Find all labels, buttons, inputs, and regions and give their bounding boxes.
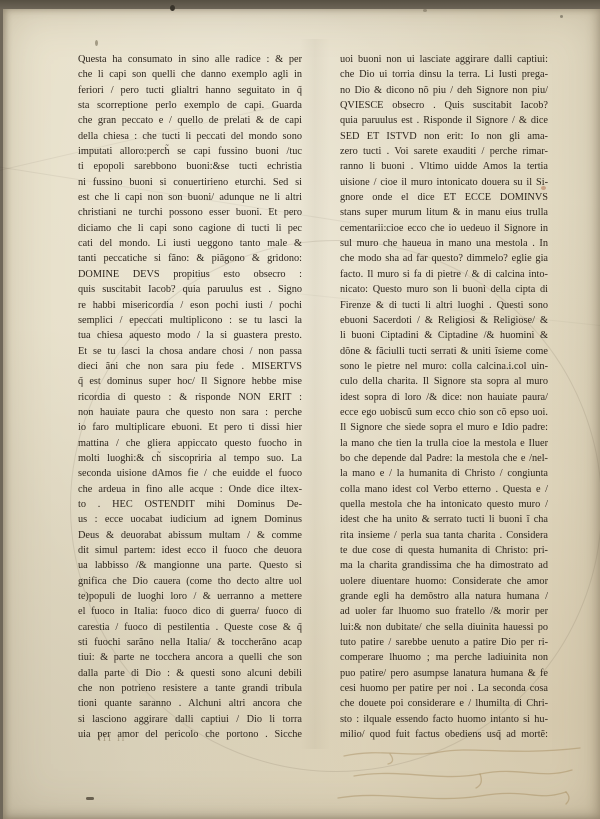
text-line: io faro multiplicare ebuoni. Et pero ti …: [78, 420, 302, 435]
text-line: uisione / cioe il muro intonicato douera…: [340, 175, 548, 190]
text-line: comperare lhuomo ; ma perche ladiuinita …: [340, 650, 548, 665]
text-line: quia paruulus est . Risponde il Signore …: [340, 113, 548, 128]
text-line: Et se tu lasci la chosa andare chosi / n…: [78, 344, 302, 359]
text-line: tioni quante saranno . Alchuni altri anc…: [78, 696, 302, 711]
text-line: cementarii:cioe ecco che io uedeuo il Si…: [340, 221, 548, 236]
text-line: ua labbisso /& mangionne una parte. Ques…: [78, 558, 302, 573]
text-line: ti epopoli sarebbono buoni:&se tucti ech…: [78, 159, 302, 174]
text-line: us : ecce uocabat iudicium ad ignem Domi…: [78, 512, 302, 527]
text-line: dõne & fãciulli tucti serrati & uniti ĩs…: [340, 344, 548, 359]
text-line: che gran peccato e / quello de prelati &…: [78, 113, 302, 128]
text-line: ecce ego uobiscũ sum ecco chio son cõ ep…: [340, 405, 548, 420]
text-line: cati del mondo. Li iusti ueggono tanto m…: [78, 236, 302, 251]
text-line: culo della charita. Il Signore sta sopra…: [340, 374, 548, 389]
text-line: el fuoco in Italia: fuoco dico di guerra…: [78, 604, 302, 619]
text-line: Deus & deuorabat abissum multam / & comm…: [78, 528, 302, 543]
book-page: Questa ha consumato in sino alle radice …: [3, 9, 600, 819]
text-column-right: uoi buoni non ui lasciate aggirare dalli…: [340, 52, 548, 742]
text-line: sta scorreptione perlo exemplo de capi. …: [78, 98, 302, 113]
text-line: sul muro che haueua in mano una mestola …: [340, 236, 548, 251]
paper-speck: [423, 9, 427, 12]
text-line: Firenze & di tucti li altri luoghi . Que…: [340, 298, 548, 313]
text-line: che li capi son quelli che danno exemplo…: [78, 67, 302, 82]
paper-speck: [560, 15, 563, 18]
text-line: colla mano idest col Verbo etterno . Que…: [340, 482, 548, 497]
text-line: dalla parte di Dio : & questi sono alcun…: [78, 666, 302, 681]
text-line: feriori / pero tucti glialtri hanno segu…: [78, 83, 302, 98]
text-line: che douete poi considerare e / lhumilta …: [340, 696, 548, 711]
text-line: non hauiate paura che questo non sara : …: [78, 405, 302, 420]
text-line: ranno li buoni . Vltimo uidde Amos la te…: [340, 159, 548, 174]
text-line: zero tucti . Voi sarete exauditi / perch…: [340, 144, 548, 159]
text-line: che non potrieno resistere a tante grand…: [78, 681, 302, 696]
text-line: che ardeua in fino alle acque : Onde dic…: [78, 482, 302, 497]
text-column-left: Questa ha consumato in sino alle radice …: [78, 52, 302, 742]
text-line: tanti peccatiche si fãno: & piãgono & gr…: [78, 251, 302, 266]
text-line: che modo sha ad far questo? dimmelo? egl…: [340, 251, 548, 266]
text-line: q̃ est dominus super hoc/ Il Signore heb…: [78, 374, 302, 389]
signature-mark: III ii: [98, 733, 126, 743]
text-line: est che li capi non son buoni/ adunque n…: [78, 190, 302, 205]
text-line: ma la charita grandissima che ha dimostr…: [340, 558, 548, 573]
handwritten-annotation: [330, 742, 596, 816]
text-line: Il Signore che siede sopra el muro e Idi…: [340, 420, 548, 435]
text-line: DOMINE DEVS propitius esto obsecro :: [78, 267, 302, 282]
text-line: sono le pietre nel muro: colla calcina.i…: [340, 359, 548, 374]
text-line: tuto patire / sarebbe uenuto a patire Di…: [340, 635, 548, 650]
text-line: idest sopra di loro /& dice: non hauiate…: [340, 390, 548, 405]
text-line: grande egli ha demõstro alla natura huma…: [340, 589, 548, 604]
text-line: to . HEC OSTENDIT mihi Dominus De-: [78, 497, 302, 512]
text-line: re habbi misericordia / eson pochi iusti…: [78, 298, 302, 313]
text-line: ni fussino buoni si conuertirieno eturch…: [78, 175, 302, 190]
text-line: mattina / che gliera appiccato questo fu…: [78, 436, 302, 451]
text-line: semplici / epeccati multiplicono : se tu…: [78, 313, 302, 328]
paper-speck: [95, 40, 98, 46]
text-line: christiani ne turchi possono esser buoni…: [78, 205, 302, 220]
text-line: che Dio ui torria dinsu la terra. Li Ius…: [340, 67, 548, 82]
text-line: seconda uisione dAmos fie / che euidde e…: [78, 466, 302, 481]
text-line: uolere diuentare huomo: Considerate che …: [340, 574, 548, 589]
text-line: QVIESCE obsecro . Quis suscitabit Iacob?: [340, 98, 548, 113]
text-line: te due cose di questa humanita di Christ…: [340, 543, 548, 558]
paper-speck: [541, 186, 546, 190]
text-line: lui:& non dubitate/ che sella diuinita h…: [340, 620, 548, 635]
text-line: gnore onde el dice ET ECCE DOMINVS: [340, 190, 548, 205]
text-line: SED ET ISTVD non erit: Io non gli ama-: [340, 129, 548, 144]
text-line: rita insieme / perla sua tanta charita .…: [340, 528, 548, 543]
text-line: no Dio & dicono nõ piu / deh Signore non…: [340, 83, 548, 98]
text-line: molti luoghi:& ch̃ siscopriria al tempo …: [78, 451, 302, 466]
text-line: si lasciono aggirare dalli captiui / Dio…: [78, 712, 302, 727]
text-line: sti fuochi sarãno nella Italia/ & tocche…: [78, 635, 302, 650]
text-line: nicato: Questo muro son li buoni della c…: [340, 282, 548, 297]
text-line: carestia / fuoco di pestilentia . Queste…: [78, 620, 302, 635]
text-line: facto. Il muro si fa di pietre / & di ca…: [340, 267, 548, 282]
text-line: dieci ãni che non sara piu fede . MISERT…: [78, 359, 302, 374]
text-line: la mano e / la humanita di Christo / con…: [340, 466, 548, 481]
scanned-page-photo: Questa ha consumato in sino alle radice …: [0, 0, 600, 819]
text-line: cesi huomo per patire per noi . La secon…: [340, 681, 548, 696]
text-line: Questa ha consumato in sino alle radice …: [78, 52, 302, 67]
text-line: della chiesa : che tucti li peccati del …: [78, 129, 302, 144]
text-line: tiui: & parte ne tocchera ancora a quell…: [78, 650, 302, 665]
text-line: stans super murum litum & in manu eius t…: [340, 205, 548, 220]
text-line: ricordia di questo : & risponde NON ERIT…: [78, 390, 302, 405]
text-line: ebuoni Sacerdoti / & Religiosi & Religio…: [340, 313, 548, 328]
text-line: gnifica che Dio cauera (come tho decto a…: [78, 574, 302, 589]
paper-speck: [170, 5, 175, 11]
text-line: ad uoler far lhuomo suo fratello /& mori…: [340, 604, 548, 619]
text-line: imputati alloro:perch̃ se capi fussino b…: [78, 144, 302, 159]
text-line: diciamo che li capi sono cagione di tuct…: [78, 221, 302, 236]
paper-speck: [86, 797, 94, 800]
text-line: milio/ quod fuit factus obediens usq̃ ad…: [340, 727, 548, 742]
text-line: tua chiesa aquesto modo / la si guastera…: [78, 328, 302, 343]
text-line: la mano che tien la trulla cioe la mesto…: [340, 436, 548, 451]
text-line: quella mestola che ha intonicato questo …: [340, 497, 548, 512]
text-line: idest che ha unito & serrato tucti li bu…: [340, 512, 548, 527]
text-line: sto : ilquale essendo facto huomo intant…: [340, 712, 548, 727]
text-line: bo che depende dal Padre: la mestola che…: [340, 451, 548, 466]
text-line: te)populi de luoghi loro / & uerranno a …: [78, 589, 302, 604]
text-line: puo patire/ pero asumpse lanatura humana…: [340, 666, 548, 681]
text-line: uoi buoni non ui lasciate aggirare dalli…: [340, 52, 548, 67]
text-line: dit simul partem: idest ecco il fuoco ch…: [78, 543, 302, 558]
text-line: quis suscitabit Iacob? quia paruulus est…: [78, 282, 302, 297]
text-line: li buoni Ciptadini & Ciptadine /& huomin…: [340, 328, 548, 343]
